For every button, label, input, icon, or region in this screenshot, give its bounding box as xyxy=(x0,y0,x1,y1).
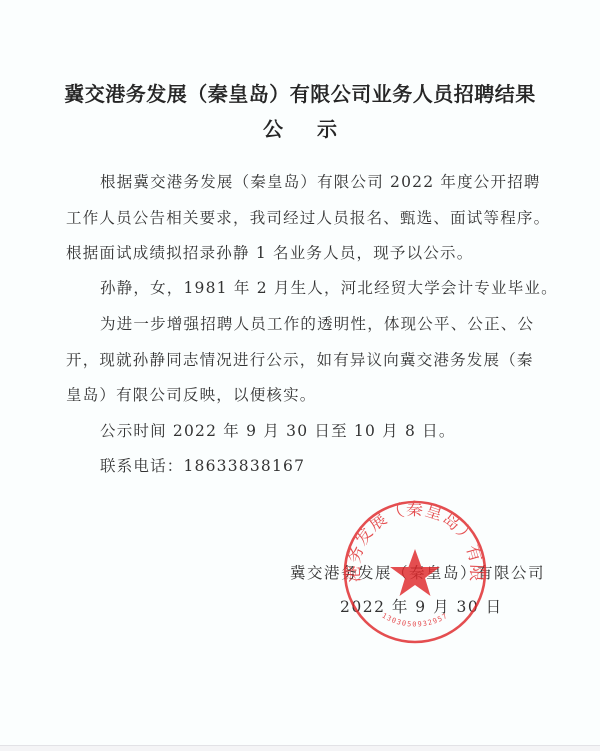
signature-company: 冀交港务发展（秦皇岛）有限公司 xyxy=(290,561,545,583)
document-subtitle: 公示 xyxy=(0,113,600,142)
paragraph-line: 孙静，女，1981 年 2 月生人，河北经贸大学会计专业毕业。 xyxy=(66,271,546,307)
paragraph-publicity-period: 公示时间 2022 年 9 月 30 日至 10 月 8 日。 xyxy=(66,414,546,450)
paragraph-transparency: 为进一步增强招聘人员工作的透明性，体现公平、公正、公 开，现就孙静同志情况进行公… xyxy=(66,307,546,414)
paragraph-recruitment-basis: 根据冀交港务发展（秦皇岛）有限公司 2022 年度公开招聘 工作人员公告相关要求… xyxy=(66,165,546,272)
paragraph-contact-phone: 联系电话：18633838167 xyxy=(66,449,546,485)
paragraph-line: 为进一步增强招聘人员工作的透明性，体现公平、公正、公 xyxy=(66,307,546,343)
paragraph-line: 皇岛）有限公司反映，以便核实。 xyxy=(66,378,546,414)
paragraph-line: 开，现就孙静同志情况进行公示，如有异议向冀交港务发展（秦 xyxy=(66,343,546,379)
paragraph-line: 联系电话：18633838167 xyxy=(66,449,546,485)
signature-date: 2022 年 9 月 30 日 xyxy=(340,595,503,617)
document-title: 冀交港务发展（秦皇岛）有限公司业务人员招聘结果 xyxy=(0,78,600,107)
paragraph-line: 根据面试成绩拟招录孙静 1 名业务人员，现予以公示。 xyxy=(66,236,546,272)
paragraph-candidate-info: 孙静，女，1981 年 2 月生人，河北经贸大学会计专业毕业。 xyxy=(66,271,546,307)
paragraph-line: 工作人员公告相关要求，我司经过人员报名、甄选、面试等程序。 xyxy=(66,201,546,237)
paragraph-line: 公示时间 2022 年 9 月 30 日至 10 月 8 日。 xyxy=(66,414,546,450)
document-page: 冀交港务发展（秦皇岛）有限公司业务人员招聘结果 公示 根据冀交港务发展（秦皇岛）… xyxy=(0,0,600,746)
paragraph-line: 根据冀交港务发展（秦皇岛）有限公司 2022 年度公开招聘 xyxy=(66,165,546,201)
